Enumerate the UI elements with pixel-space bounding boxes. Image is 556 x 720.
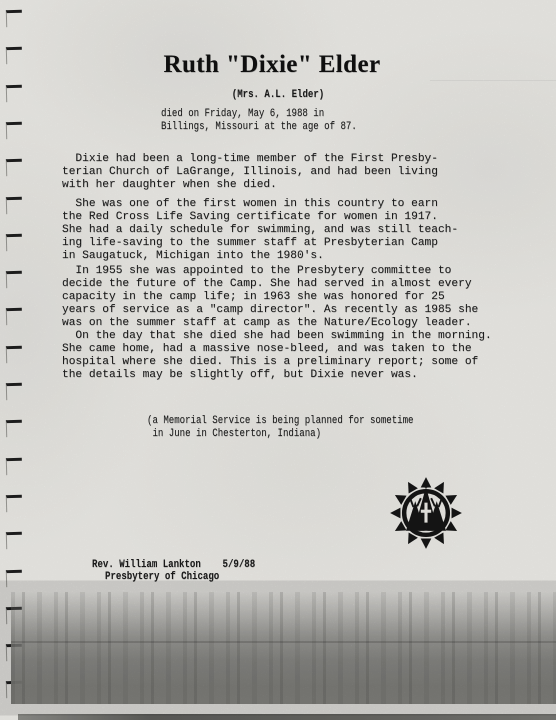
scanned-obituary-page: Ruth "Dixie" Elder (Mrs. A.L. Elder) die…	[0, 0, 556, 720]
binding-hole-mark	[6, 569, 22, 586]
body-paragraph-3: In 1955 she was appointed to the Presbyt…	[62, 265, 478, 330]
binding-hole-mark	[6, 122, 22, 139]
binding-hole-mark	[6, 345, 22, 362]
binding-hole-mark	[6, 159, 22, 176]
scan-shadow-band	[11, 592, 556, 704]
binding-hole-mark	[6, 234, 22, 251]
memorial-service-note: (a Memorial Service is being planned for…	[147, 415, 413, 441]
page-bottom-edge	[18, 714, 556, 720]
binding-hole-mark	[6, 196, 22, 213]
binding-hole-mark	[6, 308, 22, 325]
scan-band-line	[11, 641, 556, 643]
binding-hole-mark	[6, 383, 22, 400]
binding-hole-mark	[6, 84, 22, 101]
body-paragraph-1: Dixie had been a long-time member of the…	[62, 153, 438, 192]
binding-hole-mark	[6, 271, 22, 288]
scan-artifact-line	[430, 80, 556, 81]
binding-hole-mark	[6, 420, 22, 437]
camp-emblem-icon	[389, 476, 463, 550]
binding-hole-mark	[6, 495, 22, 512]
page-title: Ruth "Dixie" Elder	[0, 51, 550, 78]
binding-hole-mark	[6, 10, 22, 27]
body-paragraph-4: On the day that she died she had been sw…	[62, 330, 492, 382]
subtitle: (Mrs. A.L. Elder)	[53, 89, 503, 102]
binding-hole-mark	[6, 532, 22, 549]
signature-organization: Presbytery of Chicago	[105, 571, 219, 584]
death-notice: died on Friday, May 6, 1988 in Billings,…	[161, 108, 357, 134]
binding-hole-mark	[6, 457, 22, 474]
body-paragraph-2: She was one of the first women in this c…	[62, 198, 458, 263]
